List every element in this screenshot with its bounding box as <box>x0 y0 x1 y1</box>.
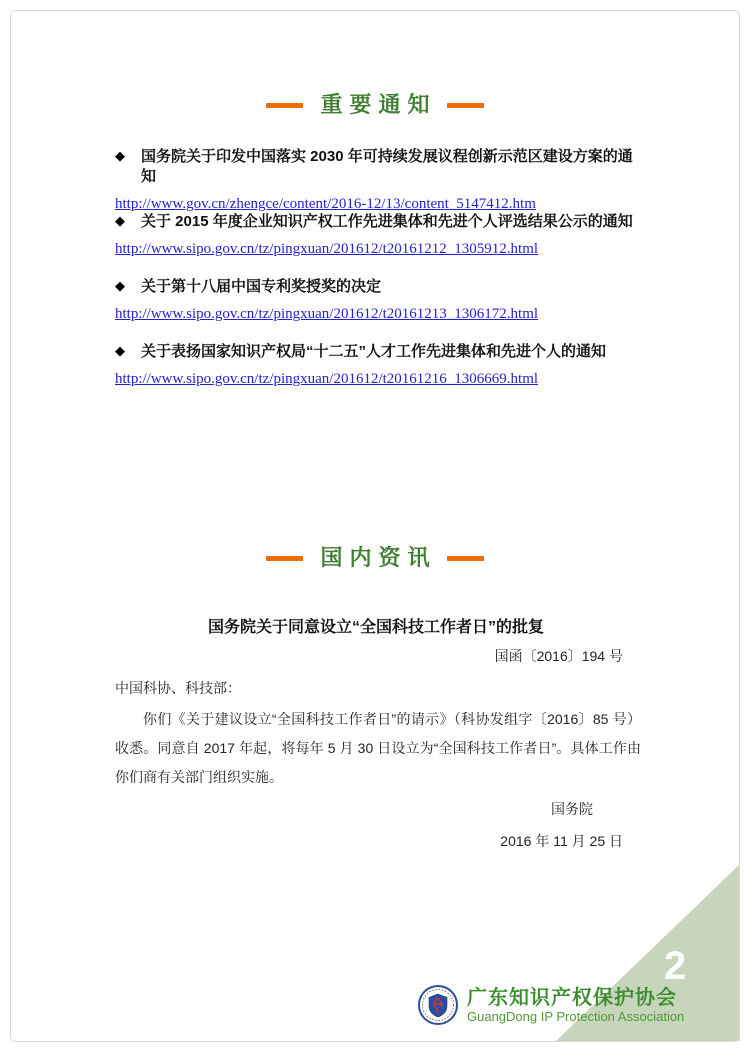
notice-title: 关于表扬国家知识产权局“十二五”人才工作先进集体和先进个人的通知 <box>141 342 606 362</box>
notice-link[interactable]: http://www.sipo.gov.cn/tz/pingxuan/20161… <box>115 241 538 258</box>
article-body: 你们《关于建议设立“全国科技工作者日”的请示》（科协发组字〔2016〕85 号）… <box>115 705 641 792</box>
notice-item: ◆ 关于表扬国家知识产权局“十二五”人才工作先进集体和先进个人的通知 http:… <box>115 342 640 388</box>
diamond-bullet-icon: ◆ <box>115 341 125 361</box>
article-signer: 国务院 <box>115 799 637 819</box>
notice-link[interactable]: http://www.sipo.gov.cn/tz/pingxuan/20161… <box>115 371 538 388</box>
association-logo-icon <box>418 985 458 1025</box>
notice-title: 关于第十八届中国专利奖授奖的决定 <box>141 277 381 297</box>
section-header-domestic: 国内资讯 <box>0 547 750 569</box>
diamond-bullet-icon: ◆ <box>115 276 125 296</box>
left-dash-decoration <box>266 103 303 108</box>
page-number: 2 <box>664 944 686 989</box>
right-dash-decoration <box>447 103 484 108</box>
section-title-domestic: 国内资讯 <box>320 547 436 569</box>
notice-title: 国务院关于印发中国落实 2030 年可持续发展议程创新示范区建设方案的通知 <box>141 147 640 187</box>
newsletter-page: 重要通知 ◆ 国务院关于印发中国落实 2030 年可持续发展议程创新示范区建设方… <box>0 0 750 1054</box>
notice-link[interactable]: http://www.gov.cn/zhengce/content/2016-1… <box>115 196 536 213</box>
section-title-notices: 重要通知 <box>320 94 436 116</box>
org-name-en: GuangDong IP Protection Association <box>467 1009 684 1024</box>
notice-title: 关于 2015 年度企业知识产权工作先进集体和先进个人评选结果公示的通知 <box>141 212 633 232</box>
article-salutation: 中国科协、科技部： <box>115 678 637 698</box>
notice-item: ◆ 国务院关于印发中国落实 2030 年可持续发展议程创新示范区建设方案的通知 … <box>115 147 640 213</box>
diamond-bullet-icon: ◆ <box>115 146 125 166</box>
article-title: 国务院关于同意设立“全国科技工作者日”的批复 <box>115 614 637 637</box>
diamond-bullet-icon: ◆ <box>115 211 125 231</box>
section-header-notices: 重要通知 <box>0 94 750 116</box>
notice-link[interactable]: http://www.sipo.gov.cn/tz/pingxuan/20161… <box>115 306 538 323</box>
left-dash-decoration <box>266 556 303 561</box>
org-name-cn: 广东知识产权保护协会 <box>467 987 684 1009</box>
notice-item: ◆ 关于 2015 年度企业知识产权工作先进集体和先进个人评选结果公示的通知 h… <box>115 212 640 258</box>
document-number: 国函〔2016〕194 号 <box>115 646 637 666</box>
footer-brand: 广东知识产权保护协会 GuangDong IP Protection Assoc… <box>418 985 684 1025</box>
notice-item: ◆ 关于第十八届中国专利奖授奖的决定 http://www.sipo.gov.c… <box>115 277 640 323</box>
article-date: 2016 年 11 月 25 日 <box>115 831 637 851</box>
right-dash-decoration <box>447 556 484 561</box>
